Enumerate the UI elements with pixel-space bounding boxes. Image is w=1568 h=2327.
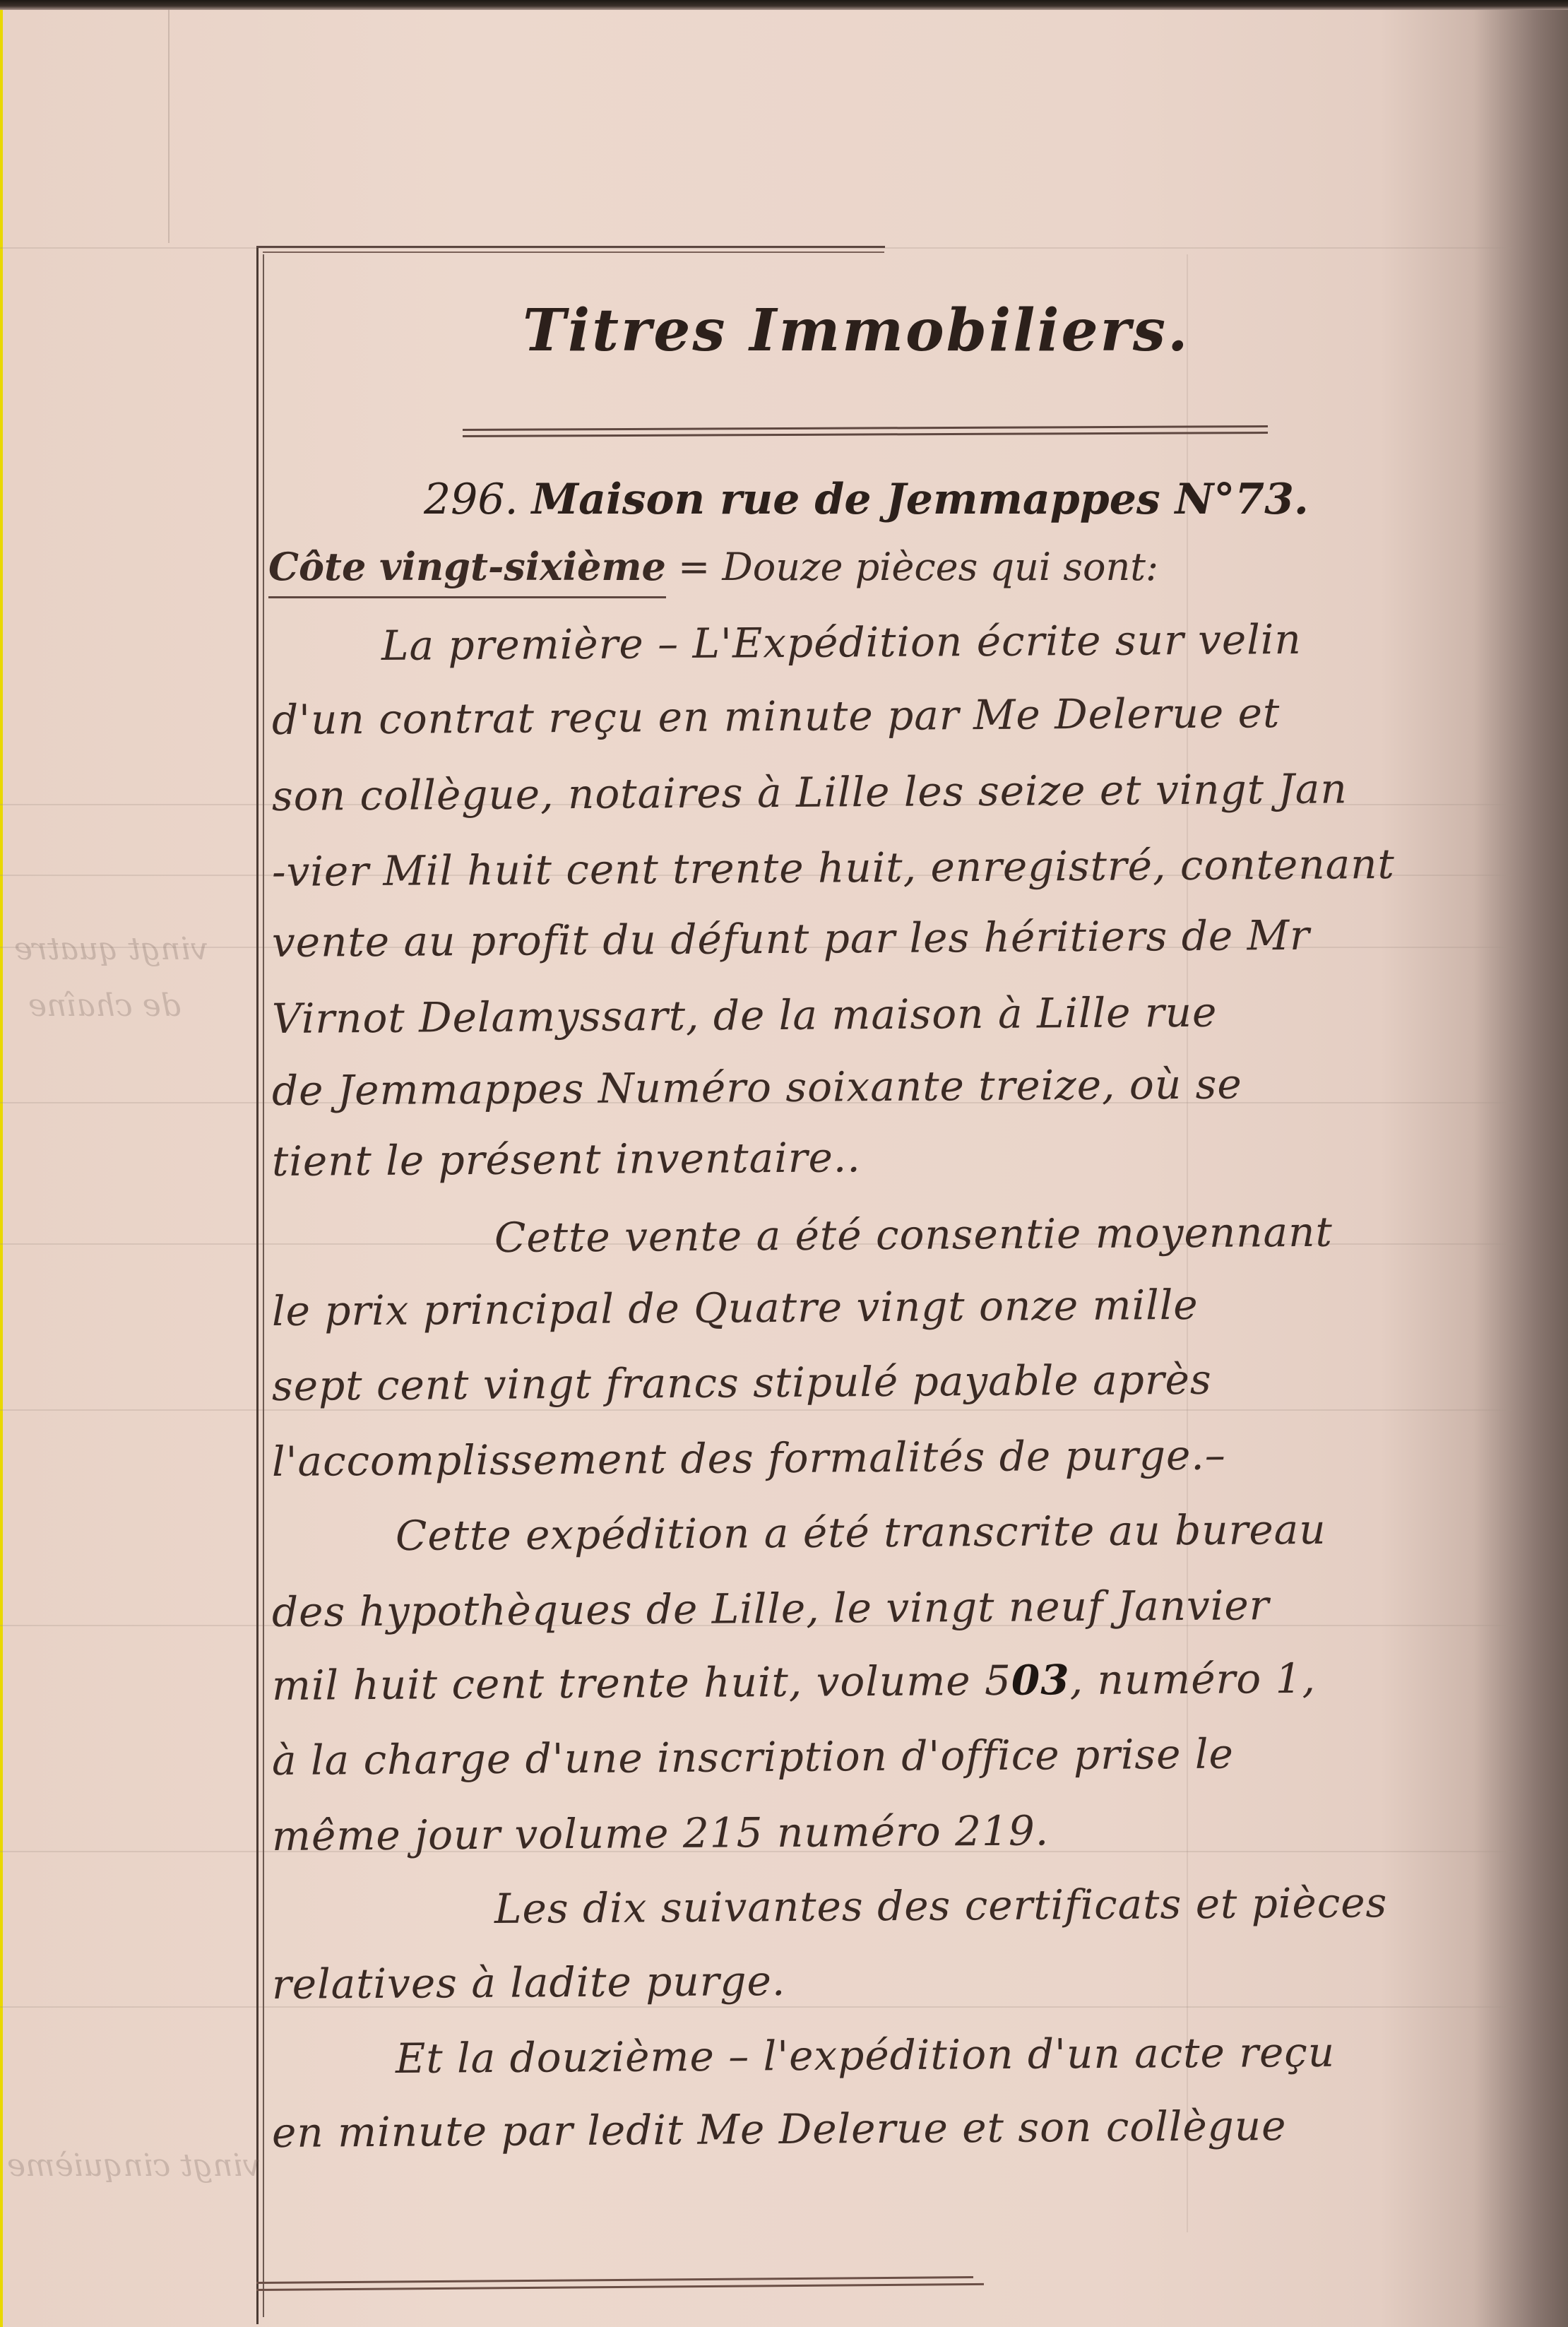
scan-left-edge: [0, 10, 3, 2327]
entry-number: 296.: [424, 475, 518, 524]
show-through-text: de chaîne: [28, 988, 181, 1024]
frame-left-line-inner: [263, 254, 264, 2317]
text-line-volume: mil huit cent trente huit, volume 503, n…: [272, 1654, 1316, 1710]
show-through-text: vingt quatre: [14, 931, 208, 967]
title-underline-2: [463, 432, 1268, 437]
text-line: des hypothèques de Lille, le vingt neuf …: [272, 1581, 1270, 1636]
text-line: sept cent vingt francs stipulé payable a…: [272, 1356, 1212, 1410]
overwritten-number: 03: [1011, 1656, 1070, 1705]
cote-line: Côte vingt-sixième = Douze pièces qui so…: [268, 544, 1158, 589]
cote-label: Côte vingt-sixième: [268, 544, 666, 598]
text-line: vente au profit du défunt par les hériti…: [272, 911, 1310, 966]
frame-bottom-line: [256, 2276, 973, 2284]
text-line: son collègue, notaires à Lille les seize…: [272, 764, 1348, 820]
frame-left-line: [256, 247, 259, 2324]
text-line: -vier Mil huit cent trente huit, enregis…: [272, 840, 1395, 896]
frame-bottom-line-inner: [256, 2283, 984, 2291]
entry-heading: 296. Maison rue de Jemmappes N°73.: [424, 475, 1309, 524]
fold-crease: [168, 10, 170, 243]
frame-top-line: [256, 246, 885, 248]
text-line: d'un contrat reçu en minute par Me Deler…: [272, 689, 1281, 744]
title-underline: [463, 425, 1268, 431]
text-line: Et la douzième – l'expédition d'un acte …: [396, 2028, 1336, 2083]
scan-top-edge: [0, 0, 1568, 10]
manuscript-page: vingt quatre de chaîne vingt cinquième T…: [0, 0, 1568, 2327]
text-line: en minute par ledit Me Delerue et son co…: [272, 2102, 1287, 2157]
show-through-text: vingt cinquième: [7, 2148, 261, 2184]
text-line: Cette vente a été consentie moyennant: [494, 1208, 1333, 1262]
ruled-line: [0, 1409, 1511, 1411]
page-title: Titres Immobiliers.: [523, 297, 1190, 365]
text-line: La première – L'Expédition écrite sur ve…: [381, 615, 1302, 670]
cote-text: Douze pièces qui sont:: [722, 545, 1158, 589]
text-line: l'accomplissement des formalités de purg…: [272, 1431, 1226, 1486]
text-line: le prix principal de Quatre vingt onze m…: [272, 1281, 1199, 1335]
text-line: à la charge d'une inscription d'office p…: [272, 1729, 1234, 1784]
entry-title: Maison rue de Jemmappes N°73.: [532, 475, 1309, 524]
cote-separator: =: [666, 545, 723, 589]
text-line: Les dix suivantes des certificats et piè…: [494, 1878, 1388, 1933]
text-line: même jour volume 215 numéro 219.: [272, 1806, 1050, 1860]
text-line: de Jemmappes Numéro soixante treize, où …: [272, 1060, 1242, 1115]
text-line: tient le présent inventaire..: [272, 1133, 861, 1185]
text-line: relatives à ladite purge.: [272, 1957, 786, 2008]
text-line: Virnot Delamyssart, de la maison à Lille…: [272, 988, 1218, 1043]
ruled-line: [0, 2006, 1511, 2008]
text-line: Cette expédition a été transcrite au bur…: [396, 1505, 1326, 1560]
frame-top-line-inner: [263, 251, 884, 253]
